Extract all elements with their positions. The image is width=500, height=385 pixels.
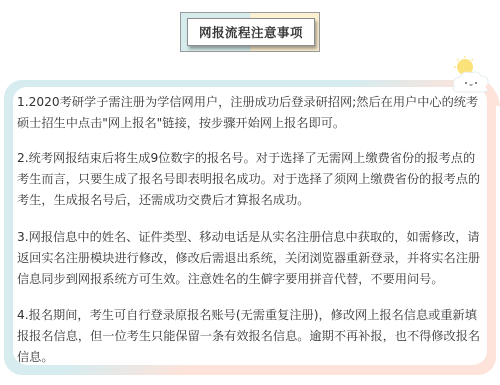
notice-content: 1.2020考研学子需注册为学信网用户，注册成功后登录研招网;然后在用户中心的统…	[17, 92, 485, 382]
notice-item-1: 1.2020考研学子需注册为学信网用户，注册成功后登录研招网;然后在用户中心的统…	[17, 92, 485, 134]
page-title: 网报流程注意事项	[187, 18, 315, 46]
notice-item-3: 3.网报信息中的姓名、证件类型、移动电话是从实名注册信息中获取的，如需修改，请返…	[17, 227, 485, 290]
sun-cloud-icon	[448, 56, 500, 106]
notice-item-2: 2.统考网报结束后将生成9位数字的报名号。对于选择了无需网上缴费省份的报考点的考…	[17, 148, 485, 211]
title-badge: 网报流程注意事项	[180, 12, 320, 52]
notice-item-4: 4.报名期间，考生可自行登录原报名账号(无需重复注册)，修改网上报名信息或重新填…	[17, 305, 485, 368]
